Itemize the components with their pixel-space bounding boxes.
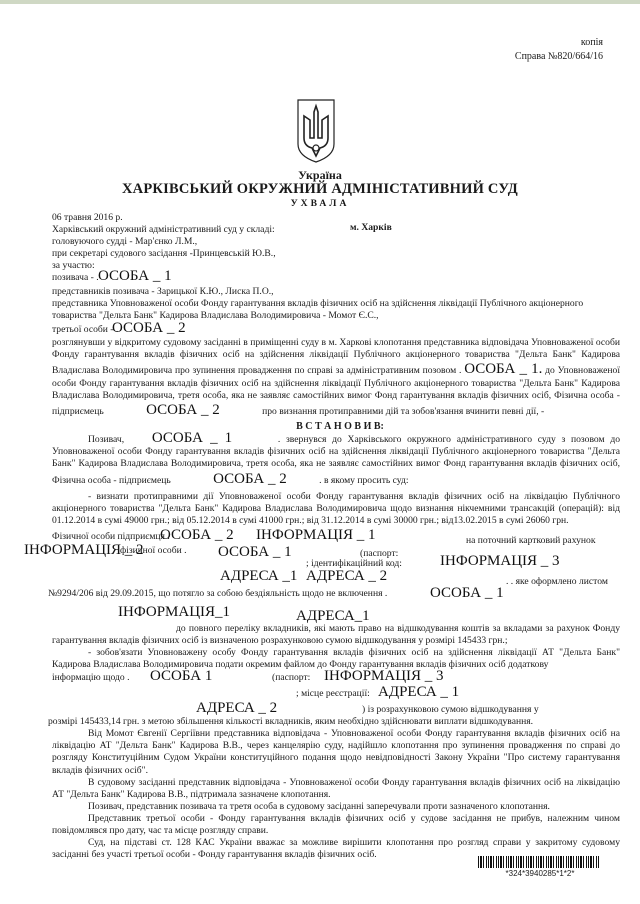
p3-line4-addr: АДРЕСА _ 1 xyxy=(378,684,459,700)
barcode-text: *324*3940285*1*2* xyxy=(480,869,600,878)
barcode xyxy=(478,856,600,868)
p2-line9-addr: АДРЕСА_1 xyxy=(296,608,370,624)
decision-date: 06 травня 2016 р. xyxy=(52,212,123,224)
paragraph-4: Від Момот Євгенії Сергіївни представника… xyxy=(52,728,620,777)
p3-line3-info: ІНФОРМАЦІЯ _ 3 xyxy=(324,668,444,684)
p2-line5-info3: ІНФОРМАЦІЯ _ 3 xyxy=(440,553,560,569)
p1-person: ОСОБА _ 1 xyxy=(152,430,232,446)
p2-line4-b: на поточний картковий рахунок xyxy=(466,535,596,547)
p1-person2: ОСОБА _ 2 xyxy=(213,471,287,487)
intro-line4: за участю: xyxy=(52,260,95,272)
plaintiff-name: ОСОБА _ 1 xyxy=(98,268,172,284)
intro-line2: головуючого судді - Мар'єнко Л.М., xyxy=(52,236,197,248)
p3-line3-b: (паспорт: xyxy=(272,672,310,684)
p2-line4-info: ІНФОРМАЦІЯ _ 1 xyxy=(256,527,376,543)
court-name: ХАРКІВСЬКИЙ ОКРУЖНИЙ АДМІНІСТАТИВНИЙ СУД xyxy=(0,181,640,198)
p2-line7-b: . . яке оформлено листом xyxy=(506,576,608,588)
considered-person2: ОСОБА _ 2 xyxy=(146,402,220,418)
doc-type: УХВАЛА xyxy=(0,198,640,209)
paragraph-6: Позивач, представник позивача та третя о… xyxy=(52,801,620,813)
plaintiff-reps: представників позивача - Зарицької К.Ю.,… xyxy=(52,286,274,298)
paragraph-2-cont: до повного переліку вкладників, які мают… xyxy=(52,623,620,647)
paragraph-7: Представник третьої особи - Фонду гарант… xyxy=(52,813,620,837)
intro-line1: Харківський окружний адміністративний су… xyxy=(52,224,275,236)
p2-line9-info: ІНФОРМАЦІЯ_1 xyxy=(118,604,230,620)
p2-line8-a: №9294/206 від 29.09.2015, що потягло за … xyxy=(48,588,387,600)
p2-line8-person: ОСОБА _ 1 xyxy=(430,585,504,601)
p2-line5-person: ОСОБА _ 1 xyxy=(218,544,292,560)
intro-line3: при секретарі судового засідання -Принце… xyxy=(52,248,276,260)
considered-person: ОСОБА _ 1. xyxy=(464,361,542,377)
p2-line4-person: ОСОБА _ 2 xyxy=(160,527,234,543)
paragraph-1: Позивач, ОСОБА _ 1 . звернувся до Харків… xyxy=(52,430,620,487)
tryzub-icon xyxy=(296,98,336,164)
p3-line5-addr: АДРЕСА _ 2 xyxy=(196,700,277,716)
p2-line7-addr1: АДРЕСА _1 xyxy=(220,568,297,584)
p3-line3-person: ОСОБА 1 xyxy=(150,668,212,684)
defendant-rep-1: представника Уповноваженої особи Фонду г… xyxy=(52,298,583,310)
p2-line7-addr2: АДРЕСА _ 2 xyxy=(306,568,387,584)
p3-line4-a: ; місце реєстрації: xyxy=(296,688,370,700)
city: м. Харків xyxy=(350,222,392,234)
case-number: Справа №820/664/16 xyxy=(515,50,603,63)
paragraph-2: - визнати протиправними дії Уповноважено… xyxy=(52,491,620,528)
considered-paragraph: розглянувши у відкритому судовому засіда… xyxy=(52,337,620,418)
scan-edge xyxy=(0,0,640,4)
third-party-name: ОСОБА _ 2 xyxy=(112,320,186,336)
defendant-rep-2: товариства "Дельта Банк" Кадирова Владис… xyxy=(52,310,379,322)
paragraph-5: В судовому засіданні представник відпові… xyxy=(52,777,620,801)
p3-line6: розмірі 145433,14 грн. з метою збільшенн… xyxy=(48,716,533,728)
plaintiff-label: позивача - . xyxy=(52,272,99,284)
third-party-label: третьої особи - . xyxy=(52,324,118,336)
p2-line5-a: фізичної особи . xyxy=(120,545,187,557)
p3-line5-b: ) із розрахунковою сумою відшкодування у xyxy=(362,704,539,716)
p3-line3-a: інформацію щодо . xyxy=(52,672,129,684)
copy-label: копія xyxy=(581,36,603,49)
